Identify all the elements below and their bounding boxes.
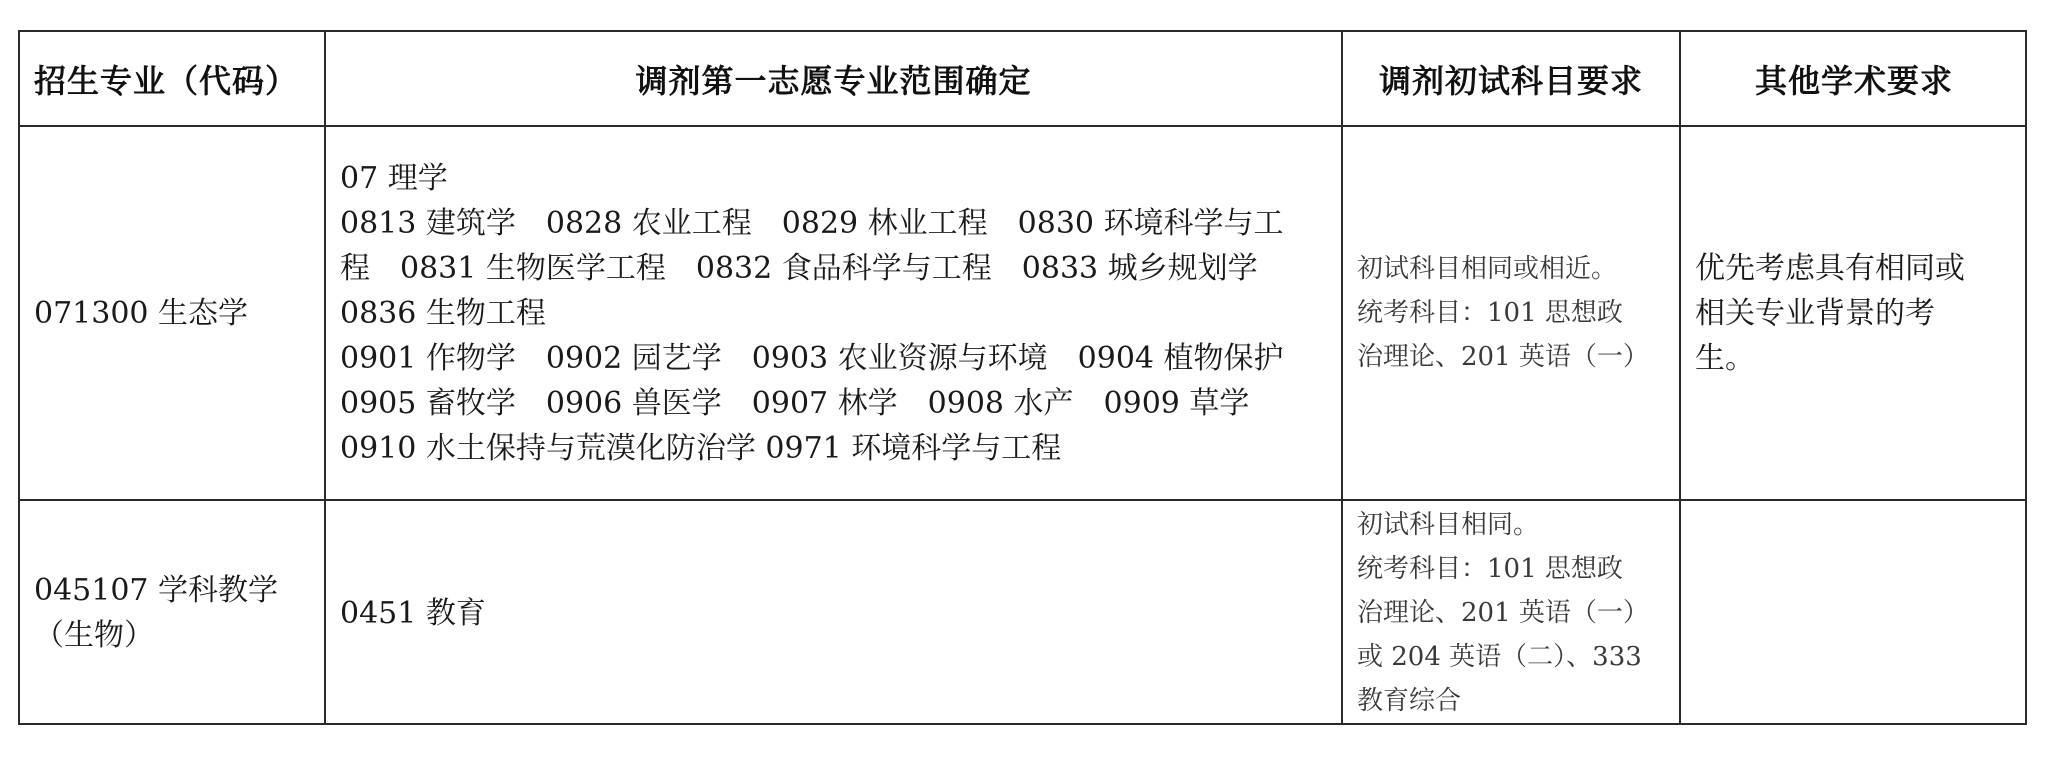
header-first-choice-scope-label: 调剂第一志愿专业范围确定: [635, 56, 1031, 102]
header-other-requirement-label: 其他学术要求: [1755, 56, 1953, 102]
scope-line: 0910 水土保持与荒漠化防治学 0971 环境科学与工程: [340, 426, 1284, 471]
table-row-1-other-requirement: 优先考虑具有相同或 相关专业背景的考 生。: [1681, 127, 2027, 501]
table-row-1-first-choice-scope: 07 理学 0813 建筑学 0828 农业工程 0829 林业工程 0830 …: [326, 127, 1343, 501]
exam-requirement-text: 初试科目相同。 统考科目：101 思想政 治理论、201 英语（一） 或 204…: [1357, 503, 1649, 723]
major-label: 071300 生态学: [34, 291, 248, 336]
exam-line: 统考科目：101 思想政: [1357, 291, 1649, 335]
scope-list: 07 理学 0813 建筑学 0828 农业工程 0829 林业工程 0830 …: [340, 156, 1284, 471]
scope-line: 0451 教育: [340, 591, 486, 636]
exam-line: 治理论、201 英语（一）: [1357, 335, 1649, 379]
exam-line: 治理论、201 英语（一）: [1357, 591, 1649, 635]
header-first-choice-scope: 调剂第一志愿专业范围确定: [326, 32, 1343, 127]
header-exam-requirement: 调剂初试科目要求: [1343, 32, 1681, 127]
major-line: 045107 学科教学: [34, 568, 278, 613]
adjustment-requirements-table: 招生专业（代码） 调剂第一志愿专业范围确定 调剂初试科目要求 其他学术要求 07…: [18, 30, 2027, 725]
table-row-2-other-requirement: [1681, 501, 2027, 725]
other-line: 相关专业背景的考: [1695, 291, 1965, 336]
header-major-code-label: 招生专业（代码）: [34, 56, 298, 102]
exam-line: 教育综合: [1357, 679, 1649, 723]
table-row-1-exam-requirement: 初试科目相同或相近。 统考科目：101 思想政 治理论、201 英语（一）: [1343, 127, 1681, 501]
scope-line: 程 0831 生物医学工程 0832 食品科学与工程 0833 城乡规划学: [340, 246, 1284, 291]
major-label: 045107 学科教学 （生物）: [34, 568, 278, 658]
exam-line: 初试科目相同。: [1357, 503, 1649, 547]
other-line: 优先考虑具有相同或: [1695, 246, 1965, 291]
scope-line: 0901 作物学 0902 园艺学 0903 农业资源与环境 0904 植物保护: [340, 336, 1284, 381]
exam-line: 统考科目：101 思想政: [1357, 547, 1649, 591]
exam-line: 初试科目相同或相近。: [1357, 247, 1649, 291]
table-row-1-major: 071300 生态学: [20, 127, 326, 501]
table-row-2-exam-requirement: 初试科目相同。 统考科目：101 思想政 治理论、201 英语（一） 或 204…: [1343, 501, 1681, 725]
table-row-2-first-choice-scope: 0451 教育: [326, 501, 1343, 725]
major-line: （生物）: [34, 613, 278, 658]
scope-line: 0905 畜牧学 0906 兽医学 0907 林学 0908 水产 0909 草…: [340, 381, 1284, 426]
scope-line: 0836 生物工程: [340, 291, 1284, 336]
other-requirement-text: 优先考虑具有相同或 相关专业背景的考 生。: [1695, 246, 1965, 381]
scope-line: 0813 建筑学 0828 农业工程 0829 林业工程 0830 环境科学与工: [340, 201, 1284, 246]
exam-requirement-text: 初试科目相同或相近。 统考科目：101 思想政 治理论、201 英语（一）: [1357, 247, 1649, 379]
exam-line: 或 204 英语（二）、333: [1357, 635, 1649, 679]
scope-line: 07 理学: [340, 156, 1284, 201]
header-major-code: 招生专业（代码）: [20, 32, 326, 127]
header-other-requirement: 其他学术要求: [1681, 32, 2027, 127]
other-line: 生。: [1695, 336, 1965, 381]
scope-list: 0451 教育: [340, 591, 486, 636]
table-row-2-major: 045107 学科教学 （生物）: [20, 501, 326, 725]
header-exam-requirement-label: 调剂初试科目要求: [1379, 56, 1643, 102]
